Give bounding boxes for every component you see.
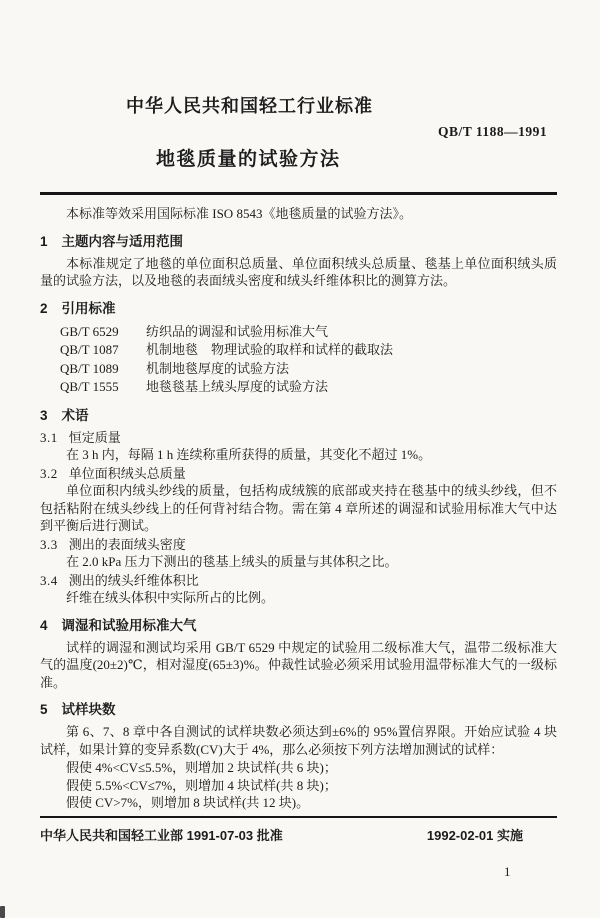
clause-number: 1	[40, 234, 48, 249]
paragraph: 单位面积内绒头纱线的质量，包括构成绒簇的底部或夹持在毯基中的绒头纱线，但不包括粘…	[40, 482, 557, 535]
paragraph: 在 3 h 内，每隔 1 h 连续称重所获得的质量，其变化不超过 1%。	[40, 446, 557, 464]
implementation-note: 1992-02-01 实施	[427, 825, 523, 844]
referenced-standard-code: QB/T 1555	[60, 378, 132, 397]
block-text: 本标准等效采用国际标准 ISO 8543《地毯质量的试验方法》。	[66, 206, 412, 221]
list-item: 假使 CV>7%，则增加 8 块试样(共 12 块)。	[40, 794, 557, 812]
standard-org-title: 中华人民共和国轻工行业标准	[126, 92, 373, 118]
section-heading: 5试样块数	[40, 700, 557, 719]
clause-number: 3.1	[40, 430, 58, 445]
footer: 中华人民共和国轻工业部 1991-07-03 批准 1992-02-01 实施	[40, 825, 557, 844]
block-text: 测出的表面绒头密度	[69, 537, 186, 552]
list-item: 假使 4%<CV≤5.5%，则增加 2 块试样(共 6 块)；	[40, 759, 557, 777]
subclause-heading: 3.2单位面积绒头总质量	[40, 465, 557, 483]
clause-number: 3.4	[40, 573, 58, 588]
document-body: 本标准等效采用国际标准 ISO 8543《地毯质量的试验方法》。1主题内容与适用…	[40, 199, 557, 812]
reference-item: GB/T 6529纺织品的调湿和试验用标准大气	[40, 323, 557, 342]
block-text: 机制地毯 物理试验的取样和试样的截取法	[146, 342, 393, 357]
section-heading: 4调湿和试验用标准大气	[40, 616, 557, 635]
referenced-standard-code: QB/T 1087	[60, 341, 132, 360]
document-title: 地毯质量的试验方法	[156, 144, 341, 171]
block-text: 假使 4%<CV≤5.5%，则增加 2 块试样(共 6 块)；	[66, 760, 337, 775]
section-heading: 1主题内容与适用范围	[40, 232, 557, 251]
standard-code: QB/T 1188—1991	[438, 124, 547, 140]
block-text: 机制地毯厚度的试验方法	[146, 361, 289, 376]
footer-rule	[40, 816, 557, 818]
section-heading: 3术语	[40, 406, 557, 425]
block-text: 在 2.0 kPa 压力下测出的毯基上绒头的质量与其体积之比。	[66, 554, 398, 569]
subclause-heading: 3.1恒定质量	[40, 429, 557, 447]
block-text: 引用标准	[62, 301, 116, 316]
block-text: 在 3 h 内，每隔 1 h 连续称重所获得的质量，其变化不超过 1%。	[66, 447, 431, 462]
paragraph: 本标准等效采用国际标准 ISO 8543《地毯质量的试验方法》。	[40, 205, 557, 223]
block-text: 假使 CV>7%，则增加 8 块试样(共 12 块)。	[66, 795, 309, 810]
clause-number: 3.2	[40, 466, 58, 481]
document-page: 中华人民共和国轻工行业标准 QB/T 1188—1991 地毯质量的试验方法 本…	[0, 0, 600, 918]
clause-number: 5	[40, 702, 48, 717]
block-text: 术语	[62, 408, 89, 423]
block-text: 纤维在绒头体积中实际所占的比例。	[66, 590, 274, 605]
block-text: 试样的调湿和测试均采用 GB/T 6529 中规定的试验用二级标准大气，温带二级…	[40, 640, 557, 690]
clause-number: 3	[40, 408, 48, 423]
reference-item: QB/T 1087机制地毯 物理试验的取样和试样的截取法	[40, 341, 557, 360]
referenced-standard-code: GB/T 6529	[60, 323, 132, 342]
block-text: 调湿和试验用标准大气	[62, 618, 197, 633]
paragraph: 本标准规定了地毯的单位面积总质量、单位面积绒头总质量、毯基上单位面积绒头质量的试…	[40, 255, 557, 290]
block-text: 纺织品的调湿和试验用标准大气	[146, 324, 328, 339]
block-text: 本标准规定了地毯的单位面积总质量、单位面积绒头总质量、毯基上单位面积绒头质量的试…	[40, 256, 557, 289]
subclause-heading: 3.4测出的绒头纤维体积比	[40, 572, 557, 590]
block-text: 测出的绒头纤维体积比	[69, 573, 199, 588]
block-text: 恒定质量	[69, 430, 121, 445]
paragraph: 在 2.0 kPa 压力下测出的毯基上绒头的质量与其体积之比。	[40, 553, 557, 571]
scan-artifact-mark	[0, 906, 5, 918]
clause-number: 2	[40, 301, 48, 316]
block-text: 主题内容与适用范围	[62, 234, 184, 249]
paragraph: 试样的调湿和测试均采用 GB/T 6529 中规定的试验用二级标准大气，温带二级…	[40, 639, 557, 692]
approval-note: 中华人民共和国轻工业部 1991-07-03 批准	[40, 825, 283, 844]
block-text: 假使 5.5%<CV≤7%，则增加 4 块试样(共 8 块)；	[66, 778, 337, 793]
referenced-standard-code: QB/T 1089	[60, 360, 132, 379]
reference-item: QB/T 1089机制地毯厚度的试验方法	[40, 360, 557, 379]
block-text: 单位面积内绒头纱线的质量，包括构成绒簇的底部或夹持在毯基中的绒头纱线，但不包括粘…	[40, 483, 557, 533]
paragraph: 纤维在绒头体积中实际所占的比例。	[40, 589, 557, 607]
page-number: 1	[504, 864, 511, 880]
block-text: 第 6、7、8 章中各自测试的试样块数必须达到±6%的 95%置信界限。开始应试…	[40, 724, 557, 757]
block-text: 地毯毯基上绒头厚度的试验方法	[146, 379, 328, 394]
paragraph: 第 6、7、8 章中各自测试的试样块数必须达到±6%的 95%置信界限。开始应试…	[40, 723, 557, 758]
list-item: 假使 5.5%<CV≤7%，则增加 4 块试样(共 8 块)；	[40, 777, 557, 795]
section-heading: 2引用标准	[40, 299, 557, 318]
subclause-heading: 3.3测出的表面绒头密度	[40, 536, 557, 554]
clause-number: 4	[40, 618, 48, 633]
clause-number: 3.3	[40, 537, 58, 552]
reference-item: QB/T 1555地毯毯基上绒头厚度的试验方法	[40, 378, 557, 397]
block-text: 单位面积绒头总质量	[69, 466, 186, 481]
header-rule	[40, 192, 557, 195]
block-text: 试样块数	[62, 702, 116, 717]
